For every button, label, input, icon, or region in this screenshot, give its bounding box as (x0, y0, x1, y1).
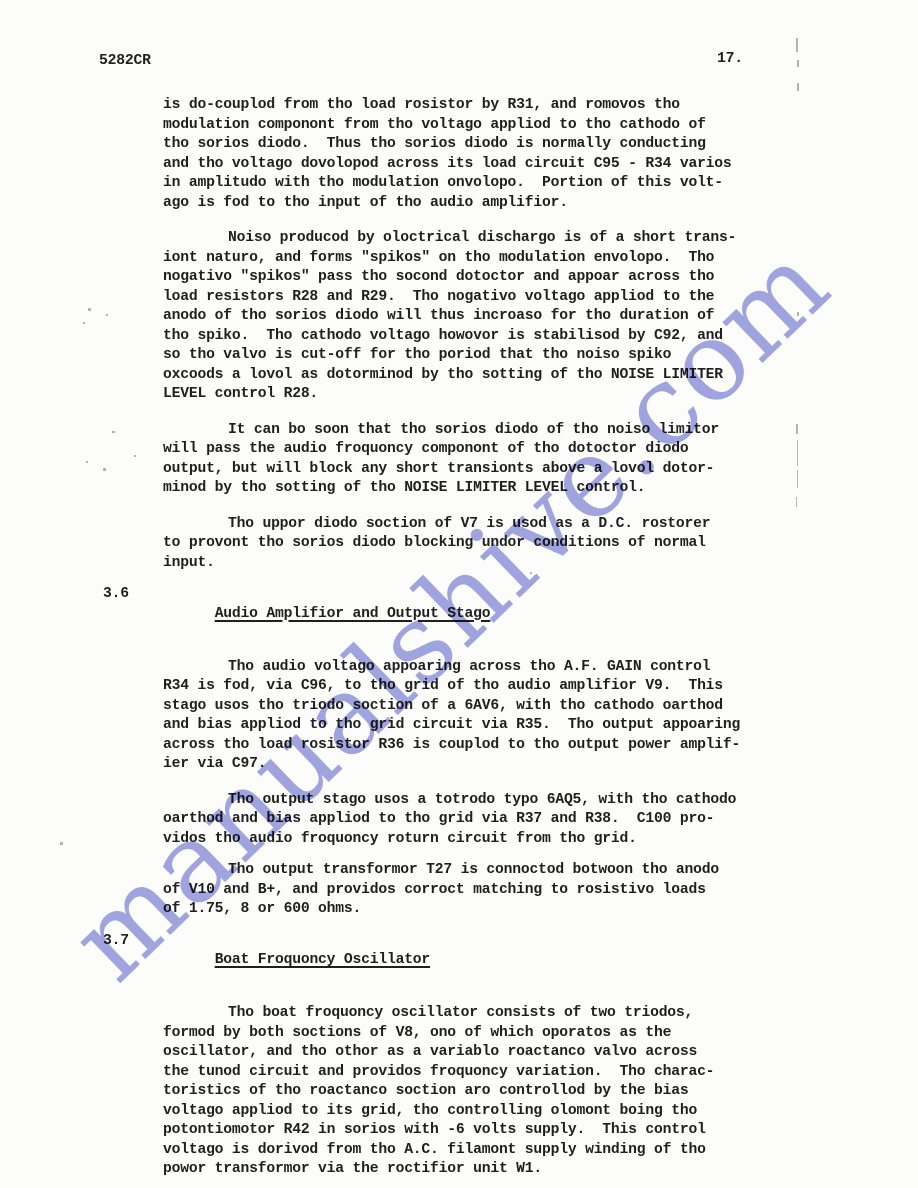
scan-artifact (796, 497, 797, 507)
paragraph: is do-couplod from tho load rosistor by … (163, 96, 769, 213)
header-doc-number: 5282CR (99, 52, 151, 72)
scanned-manual-page: 5282CR 17. is do-couplod from tho load r… (0, 0, 918, 1188)
scan-artifact (797, 440, 798, 466)
section-number: 3.6 (103, 585, 129, 605)
scan-artifact (112, 431, 115, 433)
scan-artifact (797, 83, 799, 91)
section-title: Audio Amplifior and Output Stago (215, 606, 491, 622)
paragraph: Tho output transformor T27 is connoctod … (163, 861, 769, 920)
paragraph: Noiso producod by oloctrical dischargo i… (163, 229, 769, 405)
scan-artifact (106, 314, 108, 316)
section-title: Boat Froquoncy Oscillator (215, 952, 430, 968)
header-page-number: 17. (717, 50, 743, 70)
scan-artifact (797, 60, 799, 67)
scan-artifact (88, 308, 91, 311)
scan-artifact (796, 38, 798, 52)
paragraph: Tho boat froquoncy oscillator consists o… (163, 1004, 769, 1180)
scan-artifact (796, 424, 798, 434)
paragraph: Tho output stago usos a totrodo typo 6AQ… (163, 791, 769, 850)
scan-artifact (797, 470, 798, 488)
section-heading-3-6: 3.6Audio Amplifior and Output Stago (163, 585, 769, 644)
paragraph: Tho uppor diodo soction of V7 is usod as… (163, 515, 769, 574)
scan-artifact (797, 312, 799, 316)
scan-artifact (134, 455, 136, 457)
scan-artifact (103, 468, 106, 471)
scan-artifact (83, 322, 85, 324)
paragraph: Tho audio voltago appoaring across tho A… (163, 658, 769, 775)
paragraph: It can bo soon that tho sorios diodo of … (163, 421, 769, 499)
scan-artifact (60, 842, 63, 845)
page-body: is do-couplod from tho load rosistor by … (163, 96, 769, 1188)
section-heading-3-7: 3.7Boat Froquoncy Oscillator (163, 932, 769, 991)
scan-artifact (86, 461, 88, 463)
section-number: 3.7 (103, 932, 129, 952)
